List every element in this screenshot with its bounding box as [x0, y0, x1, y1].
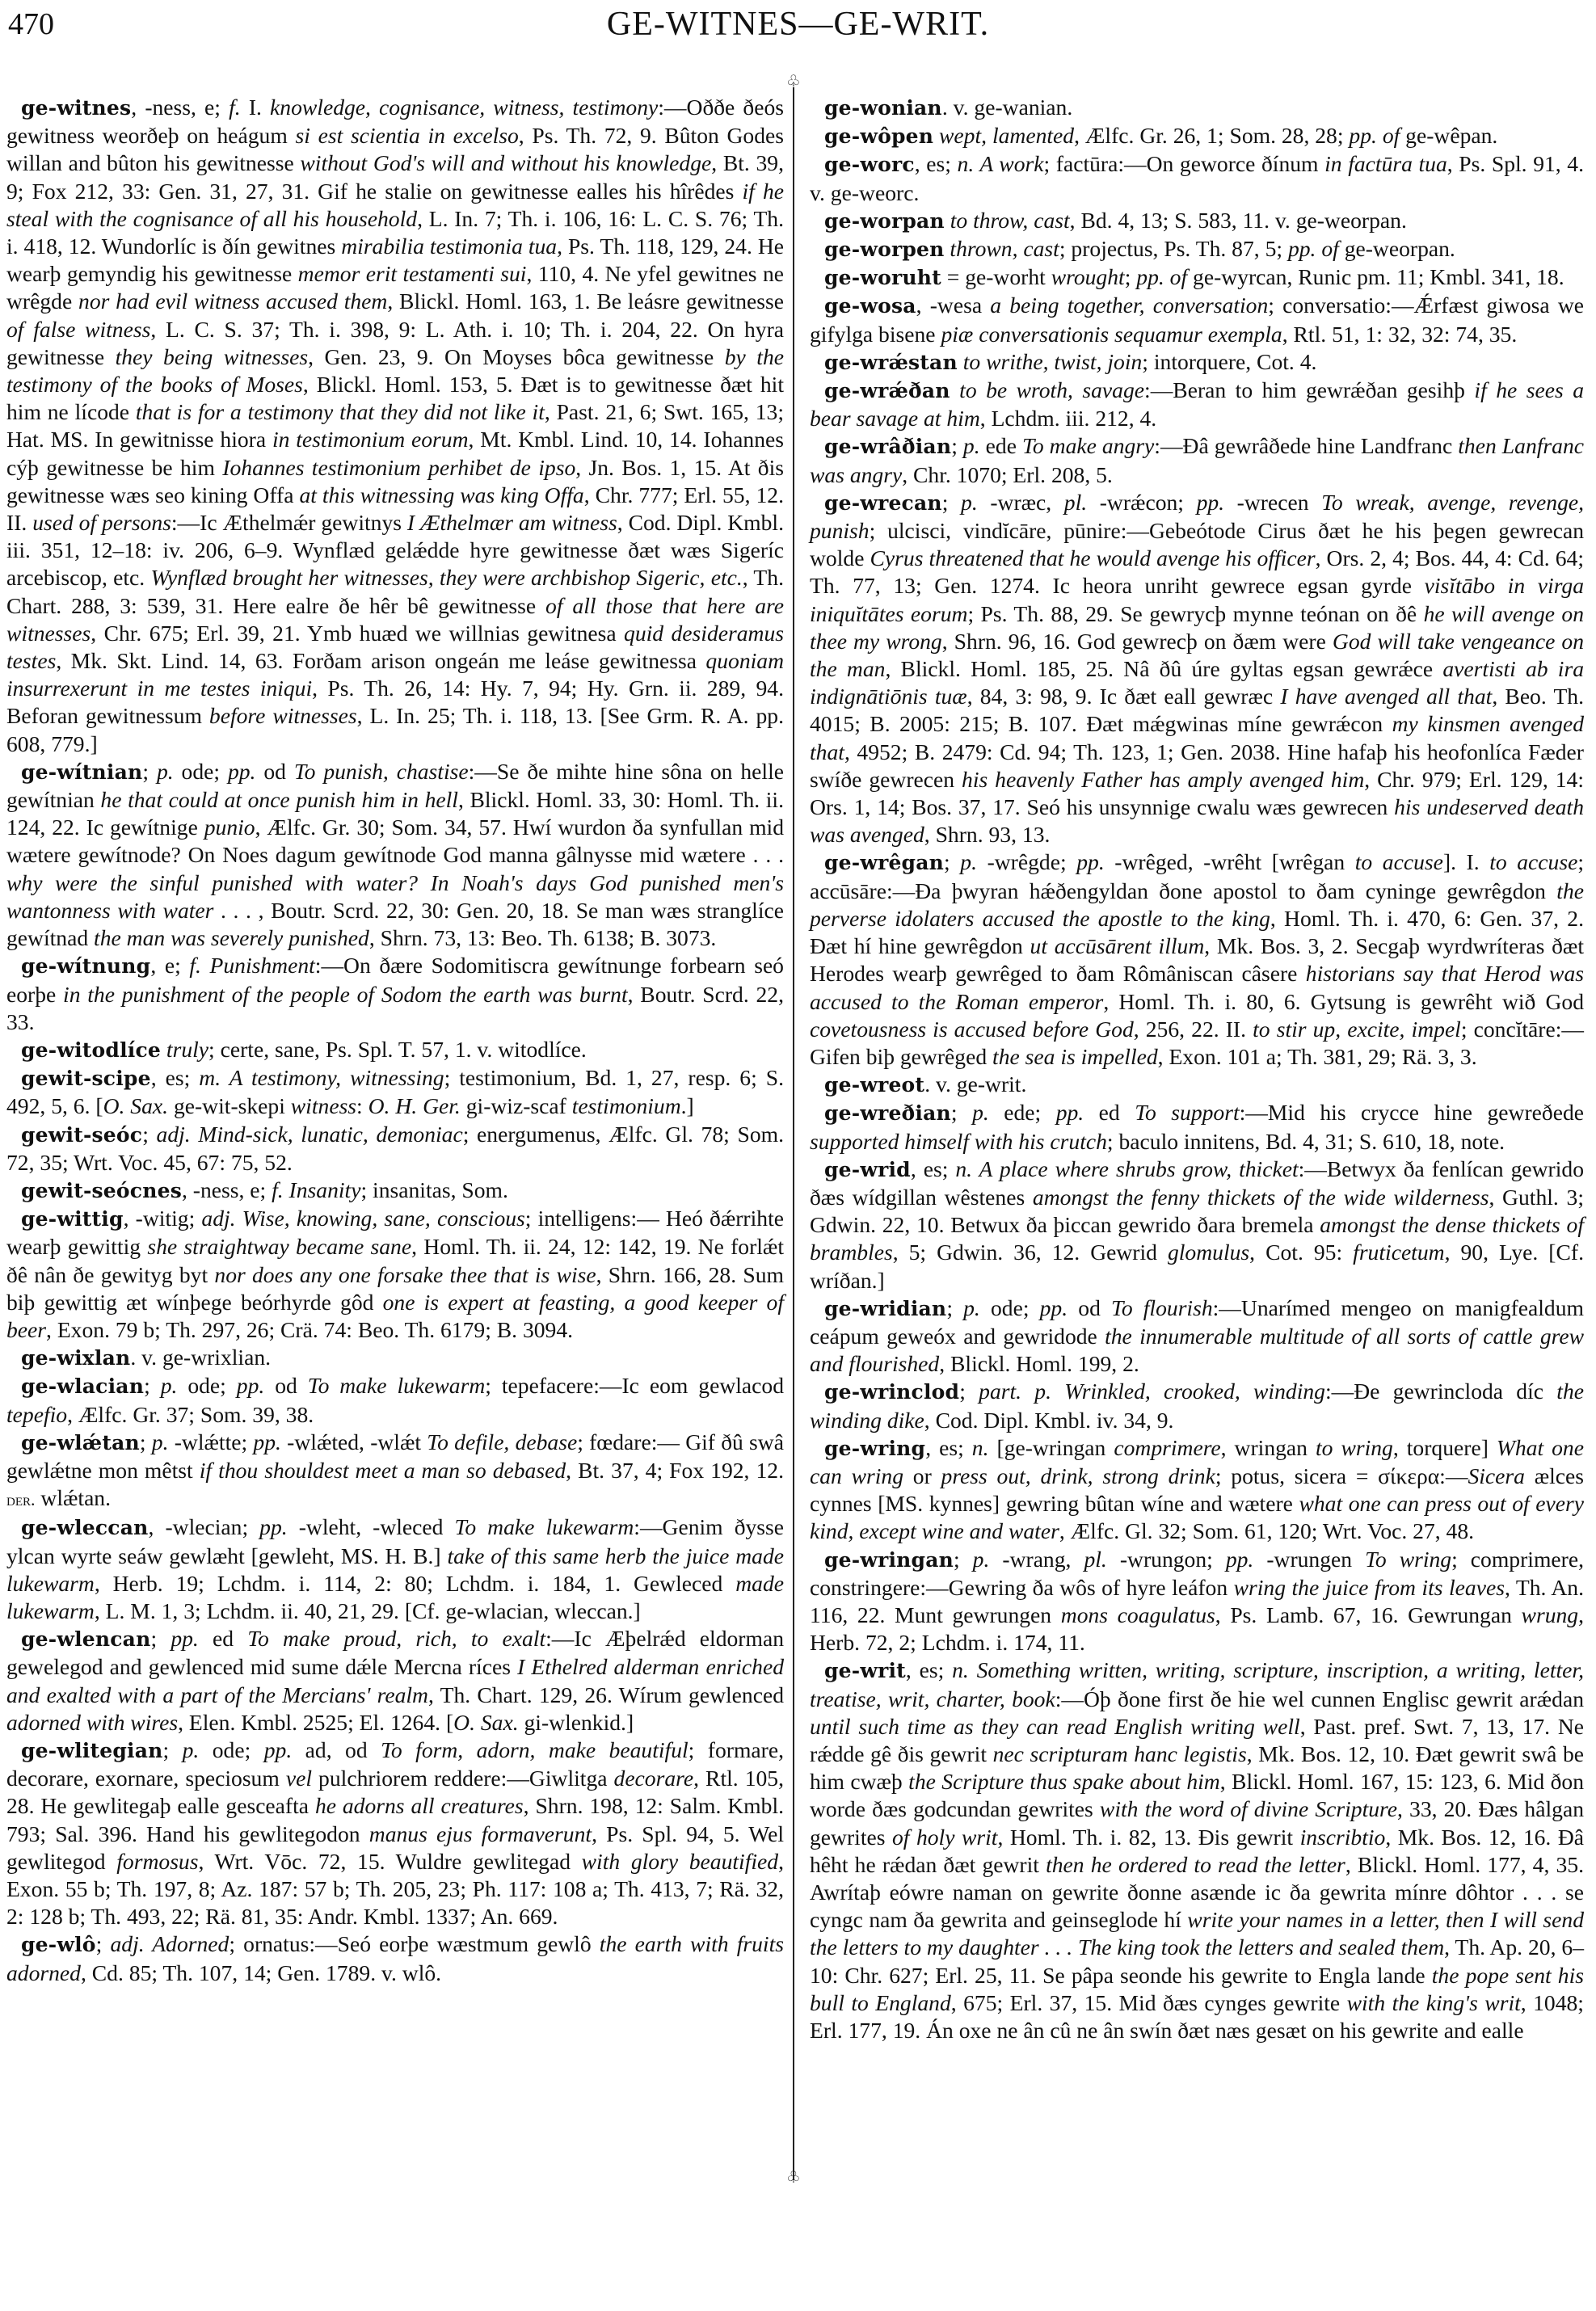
entry-text: . v. ge-wanian. — [942, 95, 1072, 120]
entry-gloss: m. A testimony, witnessing — [199, 1065, 444, 1090]
entry-gloss: p. — [960, 849, 977, 874]
entry-text: -wlǽted, -wlǽt — [281, 1429, 427, 1454]
left-column: ge-witnes, -ness, e; f. I. knowledge, co… — [6, 94, 784, 1987]
entry-text — [950, 377, 959, 402]
entry-gloss: with the king's writ — [1347, 1990, 1521, 2015]
entry-gloss: To make angry — [1022, 433, 1154, 458]
entry-text: , wringan — [1221, 1435, 1316, 1460]
entry-headword: ge-wlô — [21, 1933, 96, 1956]
entry-text: , Blickl. Homl. 185, 25. Nâ ðû úre gylta… — [885, 656, 1442, 681]
entry-gloss: press out, drink, strong drink — [941, 1463, 1215, 1488]
entry-text: , 256, 22. II. — [1134, 1017, 1253, 1042]
entry-gloss: mirabilia testimonia tua — [341, 234, 557, 259]
entry-text: ; Ps. Th. 88, 29. Se gewrycþ mynne teóna… — [967, 601, 1423, 626]
entry-gloss: O. Sax. — [453, 1710, 518, 1735]
entry-text: , Bt. 37, 4; Fox 192, 12. — [566, 1458, 784, 1483]
entry-text: :—Ðe gewrincloda díc — [1325, 1379, 1556, 1404]
dictionary-entry: ge-wreðian; p. ede; pp. ed To support:—M… — [810, 1099, 1584, 1155]
entry-text: ode; — [174, 759, 228, 784]
entry-text: , es; — [915, 151, 958, 176]
entry-gloss: n. A place where shrubs grow, thicket — [955, 1156, 1298, 1181]
entry-text: , -ness, e; — [131, 95, 229, 120]
entry-gloss: thrown, cast — [950, 236, 1059, 261]
entry-headword: gewit-seócnes — [21, 1179, 182, 1202]
entry-text: , Homl. Th. i. 80, 6. Gytsung is gewrêht… — [1103, 989, 1584, 1014]
entry-text: , es; — [151, 1065, 200, 1090]
dictionary-entry: ge-witnes, -ness, e; f. I. knowledge, co… — [6, 94, 784, 758]
entry-text: ; certe, sane, Ps. Spl. T. 57, 1. v. wit… — [208, 1037, 587, 1062]
dictionary-entry: ge-worpan to throw, cast, Bd. 4, 13; S. … — [810, 207, 1584, 235]
entry-gloss: adj. Adorned — [110, 1931, 229, 1956]
entry-text: ; potus, sicera = σίκερα:— — [1215, 1463, 1468, 1488]
entry-gloss: to writhe, twist, join — [963, 349, 1143, 374]
entry-gloss: p. — [973, 1547, 990, 1572]
entry-headword: ge-wrâðian — [824, 435, 951, 458]
entry-headword: ge-wítnian — [21, 760, 142, 784]
entry-gloss: ut accūsārent illum — [1030, 933, 1205, 958]
entry-gloss: to wring — [1316, 1435, 1393, 1460]
entry-headword: ge-wrid — [824, 1158, 911, 1181]
dictionary-entry: ge-wlacian; p. ode; pp. od To make lukew… — [6, 1372, 784, 1428]
entry-text: ; — [946, 1295, 963, 1320]
entry-gloss: f. — [229, 95, 241, 120]
entry-headword: ge-woruht — [824, 266, 941, 289]
entry-gloss: wept, lamented — [939, 123, 1074, 148]
entry-headword: ge-worc — [824, 153, 915, 176]
entry-text: , Th. Chart. 129, 26. Wírum gewlenced — [428, 1682, 784, 1707]
entry-headword: ge-wosa — [824, 294, 916, 318]
entry-headword: ge-wrǽstan — [824, 351, 958, 374]
entry-text: , Homl. Th. i. 82, 13. Ðis gewrit — [997, 1825, 1299, 1850]
entry-text: ge-weorpan. — [1339, 236, 1455, 261]
entry-text: , Bd. 4, 13; S. 583, 11. v. ge-weorpan. — [1070, 208, 1407, 233]
entry-gloss: vel — [286, 1766, 312, 1791]
column-ornament-bottom-icon: ♧ — [786, 2170, 801, 2185]
entry-headword: gewit-scipe — [21, 1067, 151, 1090]
entry-text: ed — [199, 1626, 247, 1651]
entry-gloss: pp. of — [1349, 123, 1400, 148]
entry-gloss: To flourish — [1111, 1295, 1213, 1320]
entry-text: or — [903, 1463, 941, 1488]
entry-gloss: at this witnessing was king Offa — [299, 482, 583, 507]
entry-text — [161, 1037, 166, 1062]
entry-text: ]. I. — [1443, 849, 1489, 874]
entry-text: ; — [142, 1122, 156, 1147]
entry-gloss: decorare — [614, 1766, 694, 1791]
entry-headword: ge-wittig — [21, 1207, 124, 1231]
entry-text: , es; — [911, 1156, 956, 1181]
entry-gloss: pp. — [264, 1737, 293, 1762]
dictionary-entry: ge-wonian. v. ge-wanian. — [810, 94, 1584, 122]
entry-gloss: with the word of divine Scripture — [1100, 1796, 1397, 1821]
entry-text: od — [255, 759, 293, 784]
entry-headword: ge-witnes — [21, 96, 131, 120]
entry-text: , L. M. 1, 3; Lchdm. ii. 40, 21, 29. [Cf… — [95, 1598, 641, 1623]
entry-gloss: his heavenly Father has amply avenged hi… — [962, 767, 1364, 792]
entry-text: , Shrn. 96, 16. God gewrecþ on ðæm were — [942, 629, 1333, 654]
entry-text: , Ps. Lamb. 67, 16. Gewrungan — [1215, 1602, 1522, 1627]
entry-gloss: manus ejus formaverunt — [369, 1821, 592, 1846]
entry-gloss: n. — [972, 1435, 989, 1460]
entry-gloss: before witnesses — [209, 703, 357, 728]
entry-gloss: nor had evil witness accused them — [78, 288, 387, 314]
dictionary-entry: ge-worpen thrown, cast; projectus, Ps. T… — [810, 235, 1584, 263]
entry-gloss: tepefio — [6, 1402, 67, 1427]
entry-gloss: p. — [161, 1373, 178, 1398]
entry-gloss: Wynflæd brought her witnesses, they were… — [150, 565, 742, 590]
entry-gloss: knowledge, cognisance, witness, testimon… — [270, 95, 658, 120]
entry-text: -wrungen — [1253, 1547, 1365, 1572]
entry-gloss: amongst the fenny thickets of the wide w… — [1033, 1185, 1489, 1210]
entry-text: , Blickl. Homl. 163, 1. Be leásre gewitn… — [387, 288, 784, 314]
entry-gloss: pp. — [228, 759, 256, 784]
entry-text: ge-wêpan. — [1400, 123, 1497, 148]
entry-gloss: si est scientia in excelso — [296, 123, 519, 148]
dictionary-entry: ge-wlencan; pp. ed To make proud, rich, … — [6, 1625, 784, 1736]
entry-gloss: To form, adorn, make beautiful — [381, 1737, 689, 1762]
entry-text: , torquere] — [1393, 1435, 1497, 1460]
entry-gloss: To support — [1135, 1100, 1239, 1125]
entry-gloss: nec scripturam hanc legistis — [993, 1741, 1247, 1766]
entry-text: ; — [140, 1429, 152, 1454]
entry-gloss: used of persons — [32, 510, 171, 535]
entry-headword: ge-wrêgan — [824, 851, 944, 874]
entry-gloss: p. — [183, 1737, 200, 1762]
entry-text: , -witig; — [124, 1206, 202, 1231]
dictionary-entry: ge-wlitegian; p. ode; pp. ad, od To form… — [6, 1736, 784, 1930]
entry-text: :—Mid his crycce hine gewreðede — [1240, 1100, 1584, 1125]
dictionary-entry: ge-writ, es; n. Something written, writi… — [810, 1656, 1584, 2044]
entry-headword: ge-wringan — [824, 1548, 954, 1572]
entry-gloss: To defile, debase — [427, 1429, 577, 1454]
entry-text: , Elen. Kmbl. 2525; El. 1264. [ — [178, 1710, 453, 1735]
entry-text: , Shrn. 73, 13: Beo. Th. 6138; B. 3073. — [369, 925, 717, 950]
entry-gloss: To make proud, rich, to exalt — [247, 1626, 545, 1651]
entry-gloss: punio — [204, 815, 255, 840]
dictionary-entry: ge-wrecan; p. -wræc, pl. -wrǽcon; pp. -w… — [810, 489, 1584, 849]
entry-text: -wrungon; — [1107, 1547, 1226, 1572]
entry-text: , Gen. 23, 9. On Moyses bôca gewitnesse — [308, 344, 725, 369]
entry-gloss: covetousness is accused before God — [810, 1017, 1134, 1042]
entry-headword: ge-wrecan — [824, 491, 942, 515]
entry-gloss: to throw, cast — [950, 208, 1070, 233]
entry-headword: ge-wreot — [824, 1073, 924, 1097]
entry-gloss: testimonium — [572, 1093, 681, 1118]
entry-gloss: adj. Wise, knowing, sane, conscious — [201, 1206, 524, 1231]
entry-gloss: adorned with wires — [6, 1710, 178, 1735]
entry-text — [958, 349, 963, 374]
entry-gloss: to be wroth, savage — [959, 377, 1144, 402]
entry-text: , -ness, e; — [182, 1177, 272, 1202]
entry-text: . v. ge-writ. — [924, 1071, 1026, 1097]
entry-text: ; intorquere, Cot. 4. — [1142, 349, 1316, 374]
dictionary-entry: ge-wring, es; n. [ge-wringan comprimere,… — [810, 1434, 1584, 1546]
entry-text: , Wrt. Vōc. 72, 15. Wuldre gewlitegad — [198, 1849, 581, 1874]
entry-gloss: that is for a testimony that they did no… — [136, 399, 545, 424]
entry-gloss: n. A work — [958, 151, 1044, 176]
dictionary-entry: ge-wrǽðan to be wroth, savage:—Beran to … — [810, 377, 1584, 432]
entry-gloss: mons coagulatus — [1061, 1602, 1215, 1627]
entry-headword: ge-wixlan — [21, 1346, 130, 1370]
entry-gloss: pp. — [1056, 1100, 1084, 1125]
entry-text: , Lchdm. iii. 212, 4. — [980, 406, 1156, 431]
entry-headword: ge-wonian — [824, 96, 942, 120]
dictionary-entry: ge-worc, es; n. A work; factūra:—On gewo… — [810, 150, 1584, 206]
entry-gloss: O. H. Ger. — [368, 1093, 461, 1118]
entry-gloss: pp. of — [1136, 264, 1187, 289]
entry-headword: ge-writ — [824, 1659, 906, 1682]
entry-gloss: the Scripture thus spake about him — [908, 1769, 1220, 1794]
entry-gloss: he that could at once punish him in hell — [100, 787, 458, 812]
entry-gloss: To punish, chastise — [294, 759, 469, 784]
entry-headword: ge-wlǽtan — [21, 1431, 140, 1454]
entry-gloss: piæ conversationis sequamur exempla — [941, 322, 1282, 347]
entry-headword: ge-worpan — [824, 209, 945, 233]
entry-gloss: p. — [157, 759, 174, 784]
entry-text: pulchriorem reddere:—Giwlitga — [312, 1766, 613, 1791]
entry-gloss: memor erit testamenti sui — [298, 261, 527, 286]
entry-headword: ge-wrǽðan — [824, 379, 950, 402]
entry-text: , 675; Erl. 37, 15. Mid ðæs cynges gewri… — [951, 1990, 1347, 2015]
entry-gloss: pp. — [1076, 849, 1105, 874]
entry-text: ode; — [199, 1737, 263, 1762]
entry-gloss: until such time as they can read English… — [810, 1714, 1300, 1739]
entry-text: ad, od — [292, 1737, 381, 1762]
dictionary-entry: ge-wlǽtan; p. -wlǽtte; pp. -wlǽted, -wlǽ… — [6, 1429, 784, 1514]
dictionary-entry: ge-wrid, es; n. A place where shrubs gro… — [810, 1155, 1584, 1294]
entry-text: -wrang, — [989, 1547, 1084, 1572]
entry-gloss: pp. — [1226, 1547, 1254, 1572]
entry-text: . v. ge-wrixlian. — [130, 1345, 271, 1370]
right-column: ge-wonian. v. ge-wanian.ge-wôpen wept, l… — [810, 94, 1584, 2044]
entry-text: , Chr. 1070; Erl. 208, 5. — [902, 462, 1113, 487]
entry-gloss: Cyrus threatened that he would avenge hi… — [870, 545, 1316, 570]
entry-gloss: pp. of — [1288, 236, 1339, 261]
entry-text: ode; — [177, 1373, 236, 1398]
entry-text: wlǽtan. — [36, 1485, 112, 1510]
entry-gloss: fruticetum — [1353, 1240, 1444, 1265]
entry-text: , -wesa — [916, 293, 991, 318]
entry-text: , es; — [906, 1657, 952, 1682]
entry-text: der. — [6, 1489, 36, 1509]
entry-text: :—Ic Æthelmǽr gewitnys — [171, 510, 407, 535]
entry-gloss: adj. Mind-sick, lunatic, demoniac — [157, 1122, 463, 1147]
entry-text: , Rtl. 51, 1: 32, 32: 74, 35. — [1282, 322, 1518, 347]
entry-text: -wleht, -wleced — [288, 1514, 455, 1539]
entry-gloss: she straightway became sane — [147, 1234, 411, 1259]
entry-gloss: I Æthelmær am witness — [407, 510, 617, 535]
entry-text: ; — [954, 1547, 973, 1572]
entry-text: ; baculo innitens, Bd. 4, 31; S. 610, 18… — [1107, 1129, 1505, 1154]
entry-gloss: Iohannes testimonium perhibet de ipso — [222, 455, 575, 480]
entry-headword: ge-wlencan — [21, 1627, 150, 1651]
dictionary-entry: ge-wrêgan; p. -wrêgde; pp. -wrêged, -wrê… — [810, 848, 1584, 1071]
entry-text: ; — [951, 433, 963, 458]
entry-gloss: pp. — [259, 1514, 288, 1539]
entry-gloss: then he ordered to read the letter — [1046, 1852, 1345, 1877]
entry-gloss: p. — [972, 1100, 989, 1125]
entry-text: od — [1068, 1295, 1111, 1320]
entry-text: ; ornatus:—Seó eorþe wæstmum gewlô — [229, 1931, 599, 1956]
dictionary-entry: gewit-seóc; adj. Mind-sick, lunatic, dem… — [6, 1121, 784, 1177]
entry-gloss: To make lukewarm — [308, 1373, 486, 1398]
entry-text: , es; — [925, 1435, 972, 1460]
entry-text: ; projectus, Ps. Th. 87, 5; — [1059, 236, 1288, 261]
entry-gloss: to accuse — [1355, 849, 1443, 874]
entry-text: ode; — [980, 1295, 1040, 1320]
entry-gloss: p. — [961, 490, 978, 515]
entry-text: ; — [142, 759, 157, 784]
entry-text: :—Óþ ðone first ðe hie wel cunnen Englis… — [1055, 1686, 1584, 1711]
dictionary-entry: ge-wítnung, e; f. Punishment:—On ðære So… — [6, 952, 784, 1036]
entry-text: , e; — [150, 953, 189, 978]
entry-text: , Ælfc. Gr. 37; Som. 39, 38. — [67, 1402, 314, 1427]
dictionary-entry: ge-wrâðian; p. ede To make angry:—Ðâ gew… — [810, 432, 1584, 488]
entry-gloss: of false witness — [6, 317, 150, 342]
entry-gloss: in factūra tua — [1324, 151, 1447, 176]
entry-headword: ge-wring — [824, 1437, 925, 1460]
entry-headword: ge-worpen — [824, 238, 945, 261]
entry-text: : — [356, 1093, 368, 1118]
entry-text: , Ælfc. Gl. 32; Som. 61, 120; Wrt. Voc. … — [1059, 1518, 1474, 1543]
entry-text: , Cot. 95: — [1249, 1240, 1353, 1265]
entry-text: ed — [1084, 1100, 1135, 1125]
entry-text: ; — [1125, 264, 1137, 289]
entry-gloss: f. Punishment — [189, 953, 314, 978]
entry-text: -wrǽcon; — [1087, 490, 1196, 515]
entry-gloss: glomulus — [1168, 1240, 1249, 1265]
entry-gloss: inscribtio — [1300, 1825, 1386, 1850]
dictionary-entry: ge-wreot. v. ge-writ. — [810, 1071, 1584, 1099]
entry-text: ; — [944, 849, 960, 874]
dictionary-entry: ge-wridian; p. ode; pp. od To flourish:—… — [810, 1294, 1584, 1379]
entry-gloss: p. — [963, 1295, 980, 1320]
entry-gloss: To make lukewarm — [455, 1514, 634, 1539]
entry-gloss: To wring — [1365, 1547, 1451, 1572]
entry-gloss: the sea is impelled — [992, 1044, 1158, 1069]
entry-text: -wrecen — [1224, 490, 1321, 515]
entry-gloss: pp. — [171, 1626, 199, 1651]
entry-text: , Shrn. 93, 13. — [924, 822, 1051, 847]
entry-headword: ge-wôpen — [824, 124, 933, 148]
entry-gloss: O. Sax. — [103, 1093, 168, 1118]
entry-text: ede — [980, 433, 1022, 458]
entry-text: -wrêged, -wrêht [wrêgan — [1105, 849, 1355, 874]
entry-text: ; tepefacere:—Ic eom gewlacod — [485, 1373, 784, 1398]
entry-gloss: pl. — [1084, 1547, 1106, 1572]
entry-gloss: the man was severely punished — [94, 925, 369, 950]
entry-gloss: wrung — [1522, 1602, 1579, 1627]
entry-headword: ge-witodlíce — [21, 1038, 161, 1062]
entry-headword: ge-wleccan — [21, 1516, 149, 1539]
entry-headword: ge-wlacian — [21, 1374, 144, 1398]
entry-gloss: Sicera — [1468, 1463, 1525, 1488]
entry-text: gi-wiz-scaf — [461, 1093, 572, 1118]
entry-text — [945, 208, 950, 233]
entry-gloss: pp. — [237, 1373, 265, 1398]
entry-text: ; — [942, 490, 961, 515]
dictionary-entry: ge-wrinclod; part. p. Wrinkled, crooked,… — [810, 1378, 1584, 1433]
entry-gloss: pp. — [1197, 490, 1225, 515]
entry-gloss: p. — [152, 1429, 169, 1454]
entry-gloss: pl. — [1064, 490, 1087, 515]
entry-text — [933, 123, 939, 148]
entry-text: .] — [681, 1093, 694, 1118]
entry-gloss: witness — [291, 1093, 356, 1118]
entry-text: ; — [150, 1626, 171, 1651]
entry-text: I. — [241, 95, 270, 120]
entry-gloss: they being witnesses — [116, 344, 309, 369]
entry-headword: ge-wlitegian — [21, 1739, 162, 1762]
entry-text: :—Beran to him gewrǽðan gesihþ — [1144, 377, 1474, 402]
entry-text: -wlǽtte; — [169, 1429, 254, 1454]
entry-text: , Blickl. Homl. 199, 2. — [939, 1351, 1139, 1376]
entry-text: gi-wlenkid.] — [519, 1710, 634, 1735]
entry-text: , Exon. 101 a; Th. 381, 29; Rä. 3, 3. — [1158, 1044, 1477, 1069]
entry-text: ge-wit-skepi — [168, 1093, 291, 1118]
entry-gloss: pp. — [1040, 1295, 1068, 1320]
entry-gloss: to accuse — [1489, 849, 1577, 874]
dictionary-entry: ge-wringan; p. -wrang, pl. -wrungon; pp.… — [810, 1546, 1584, 1657]
entry-text: = ge-worht — [941, 264, 1051, 289]
dictionary-entry: ge-woruht = ge-worht wrought; pp. of ge-… — [810, 263, 1584, 292]
entry-text: , -wlecian; — [149, 1514, 260, 1539]
entry-text: [ge-wringan — [988, 1435, 1114, 1460]
dictionary-entry: ge-wrǽstan to writhe, twist, join; intor… — [810, 348, 1584, 377]
entry-gloss: in the punishment of the people of Sodom… — [63, 982, 628, 1007]
entry-gloss: he adorns all creatures — [315, 1793, 524, 1818]
entry-text: -wræc, — [978, 490, 1064, 515]
entry-gloss: formosus — [116, 1849, 198, 1874]
entry-text: , 84, 3: 98, 9. Ic ðæt eall gewræc — [967, 684, 1281, 709]
entry-text: , Exon. 79 b; Th. 297, 26; Crä. 74: Beo.… — [46, 1317, 573, 1342]
entry-gloss: nor does any one forsake thee that is wi… — [214, 1262, 596, 1287]
entry-gloss: p. — [963, 433, 980, 458]
entry-text: , Chr. 675; Erl. 39, 21. Ymb huæd we wil… — [91, 621, 624, 646]
entry-text: :—Ðâ gewrâðede hine Landfranc — [1154, 433, 1458, 458]
entry-headword: ge-wítnung — [21, 954, 150, 978]
entry-text: ede; — [989, 1100, 1056, 1125]
entry-text: ge-wyrcan, Runic pm. 11; Kmbl. 341, 18. — [1187, 264, 1564, 289]
entry-text: ; — [951, 1100, 972, 1125]
entry-text: ; — [162, 1737, 182, 1762]
entry-gloss: wring the juice from its leaves — [1234, 1575, 1505, 1600]
entry-text: , Cod. Dipl. Kmbl. iv. 34, 9. — [924, 1408, 1174, 1433]
dictionary-entry: ge-wittig, -witig; adj. Wise, knowing, s… — [6, 1205, 784, 1344]
entry-gloss: pp. — [253, 1429, 281, 1454]
entry-gloss: without God's will and without his knowl… — [300, 150, 711, 175]
entry-gloss: of holy writ — [892, 1825, 997, 1850]
dictionary-entry: gewit-scipe, es; m. A testimony, witness… — [6, 1064, 784, 1120]
entry-text: ; — [96, 1931, 111, 1956]
entry-text: , Cd. 85; Th. 107, 14; Gen. 1789. v. wlô… — [81, 1960, 441, 1985]
entry-gloss: comprimere — [1114, 1435, 1220, 1460]
dictionary-entry: ge-wlô; adj. Adorned; ornatus:—Seó eorþe… — [6, 1930, 784, 1986]
entry-gloss: in testimonium eorum — [272, 427, 469, 452]
entry-text: ; insanitas, Som. — [360, 1177, 507, 1202]
dictionary-entry: ge-witodlíce truly; certe, sane, Ps. Spl… — [6, 1036, 784, 1064]
entry-gloss: if thou shouldest meet a man so debased — [200, 1458, 566, 1483]
entry-text: , Ælfc. Gr. 26, 1; Som. 28, 28; — [1074, 123, 1349, 148]
entry-headword: ge-wrinclod — [824, 1380, 959, 1404]
entry-text: ; — [959, 1379, 979, 1404]
entry-gloss: a being together, conversation — [990, 293, 1268, 318]
entry-text: ; — [144, 1373, 161, 1398]
entry-gloss: supported himself with his crutch — [810, 1129, 1107, 1154]
entry-gloss: to stir up, excite, impel — [1253, 1017, 1461, 1042]
entry-text: -wrêgde; — [977, 849, 1076, 874]
entry-gloss: I have avenged all that — [1280, 684, 1492, 709]
